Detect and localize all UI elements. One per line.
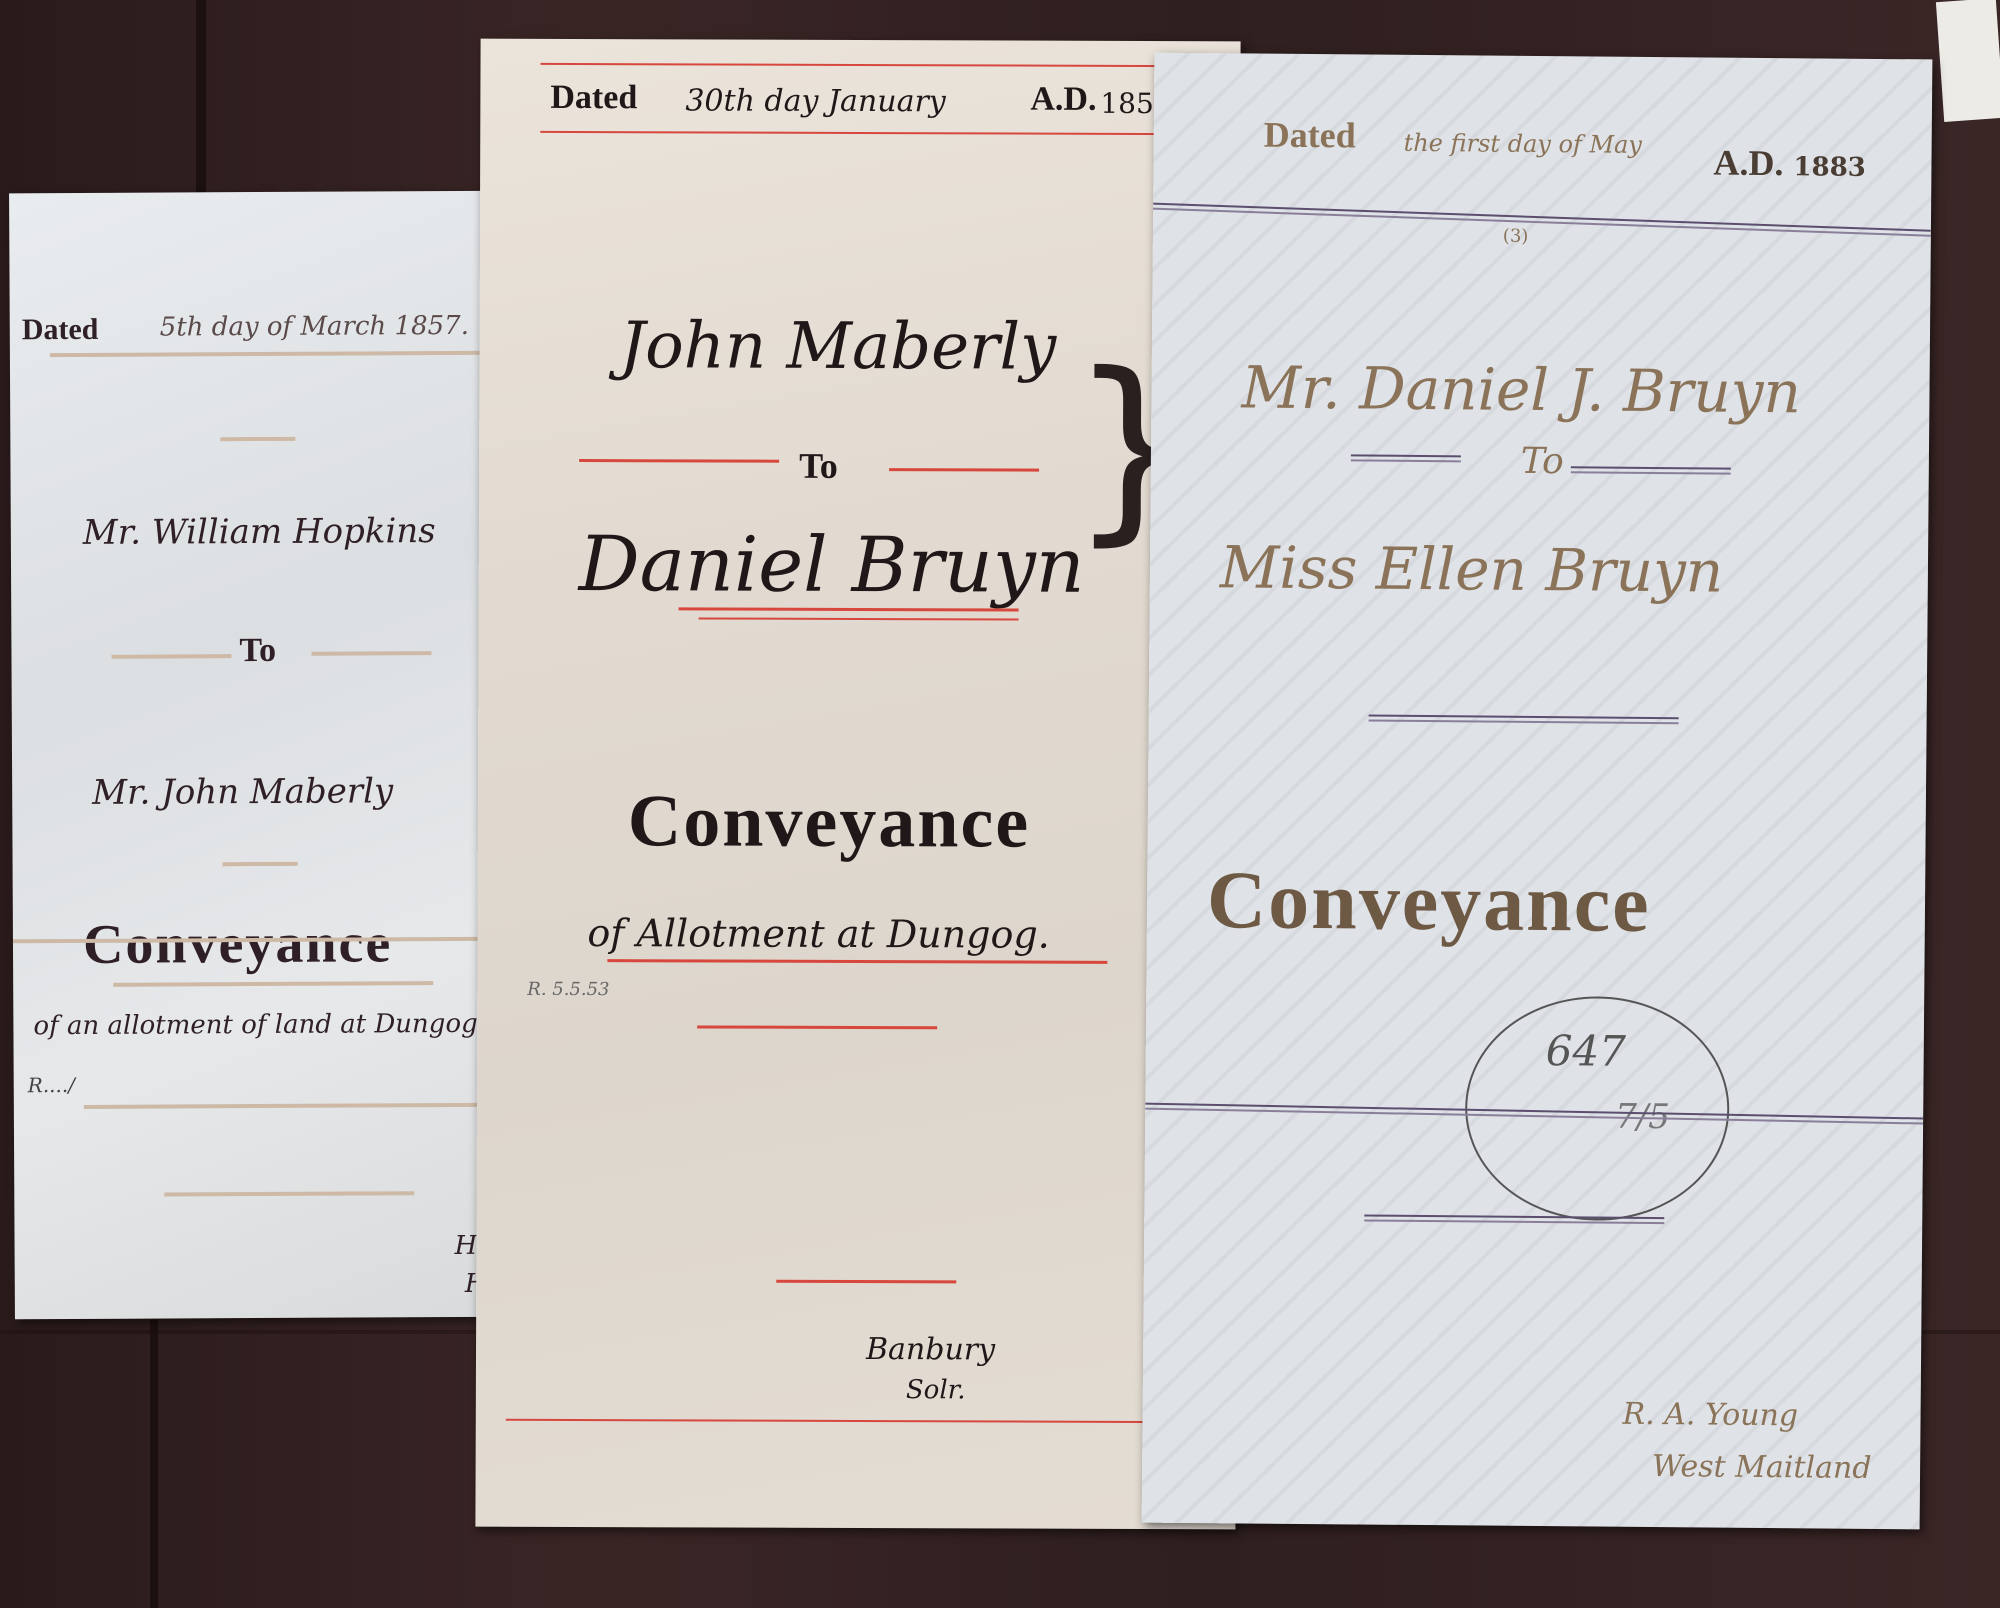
deed-subtitle: of Allotment at Dungog. (587, 911, 1049, 957)
divider-rule (697, 1025, 937, 1029)
divider-rule (1351, 454, 1461, 462)
from-party: John Maberly (619, 309, 1056, 385)
date-label: Dated (1264, 114, 1356, 157)
header-rule-top (541, 63, 1221, 67)
connector-to: To (799, 445, 838, 487)
page-mark: (3) (1503, 226, 1529, 247)
margin-note: R. 5.5.53 (527, 979, 609, 1000)
date-rule (50, 351, 490, 357)
date-era: A.D. (1030, 81, 1096, 119)
signature-line-1: R. A. Young (1622, 1397, 1798, 1434)
to-party: Miss Ellen Bruyn (1220, 533, 1724, 605)
divider-rule (579, 459, 779, 463)
header-rule (1153, 203, 1931, 237)
header-rule-bottom (540, 131, 1220, 135)
from-party: Mr. William Hopkins (83, 511, 436, 553)
signature-rule (84, 1103, 484, 1109)
deed-middle: Dated 30th day January A.D. 1858 John Ma… (475, 39, 1240, 1530)
date-label: Dated (550, 79, 637, 117)
signature-rule (164, 1191, 414, 1196)
subtitle-rule (607, 959, 1107, 964)
divider-rule (699, 617, 1019, 620)
deed-subtitle: of an allotment of land at Dungog. (33, 1009, 486, 1041)
table-seam (150, 1320, 158, 1608)
connector-to: To (239, 632, 276, 670)
footer-rule (506, 1419, 1206, 1423)
date-text: the first day of May (1404, 129, 1643, 159)
connector-to: To (1521, 441, 1564, 482)
table-seam (196, 0, 206, 200)
divider-rule (1364, 1215, 1664, 1225)
deed-left: Dated 5th day of March 1857. Mr. William… (9, 191, 515, 1320)
divider-rule (311, 651, 431, 656)
deed-title: Conveyance (83, 911, 393, 977)
signature-rule (776, 1280, 956, 1284)
from-party: Mr. Daniel J. Bruyn (1241, 353, 1801, 426)
signature-line-1: Banbury (866, 1332, 995, 1367)
to-party: Daniel Bruyn (579, 519, 1085, 610)
divider-rule (111, 654, 231, 659)
signature-line-2: West Maitland (1652, 1449, 1872, 1486)
date-era: A.D. (1713, 142, 1783, 185)
margin-note: R..../ (28, 1073, 75, 1097)
title-rule (113, 981, 433, 987)
divider-rule (889, 468, 1039, 472)
signature-line-2: Solr. (906, 1375, 966, 1405)
deed-right: Dated the first day of May A.D. 1883 (3)… (1142, 53, 1933, 1530)
divider-rule (1369, 715, 1679, 725)
date-text: 5th day of March 1857. (160, 311, 469, 343)
divider-rule (223, 862, 298, 866)
divider-rule (1571, 466, 1731, 474)
date-label: Dated (22, 313, 99, 347)
deed-title: Conveyance (1207, 853, 1651, 951)
circled-note-1: 647 (1546, 1026, 1627, 1076)
divider-rule (679, 607, 1019, 611)
deed-title: Conveyance (628, 779, 1031, 865)
to-party: Mr. John Maberly (92, 771, 393, 813)
date-year: 1883 (1793, 152, 1866, 183)
date-text: 30th day January (685, 83, 946, 119)
corner-paper-scrap (1936, 0, 2000, 122)
divider-rule (220, 437, 295, 441)
